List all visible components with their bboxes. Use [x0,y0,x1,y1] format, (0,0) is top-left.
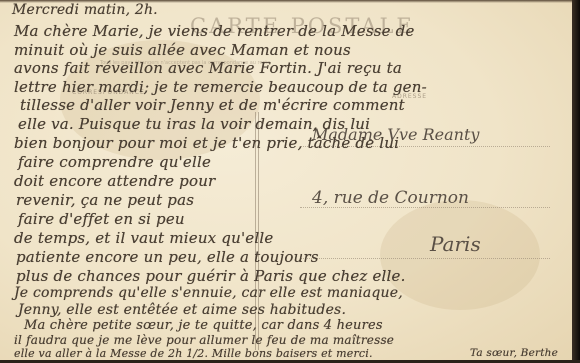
message-line: minuit où je suis allée avec Maman et no… [14,41,351,59]
message-line: plus de chances pour guérir à Paris que … [16,267,406,285]
address-line [300,258,550,259]
message-line: doit encore attendre pour [14,172,215,190]
message-line: faire d'effet en si peu [18,210,185,228]
recipient-street: 4, rue de Cournon [312,188,469,208]
message-line: avons fait réveillon avec Marie Fortin. … [14,59,402,77]
card-edge [572,0,580,363]
message-line: bien bonjour pour moi et je t'en prie, t… [14,134,399,152]
message-line: il faudra que je me lève pour allumer le… [14,333,394,347]
message-line: Mercredi matin, 2h. [12,2,158,18]
message-line: elle va. Puisque tu iras la voir demain,… [18,115,370,133]
signature: Ta sœur, Berthe [470,347,558,359]
postcard: CARTE POSTALE Tous les pays étrangers n'… [0,0,572,360]
message-line: tillesse d'aller voir Jenny et de m'écri… [20,96,405,114]
message-line: revenir, ça ne peut pas [16,191,194,209]
message-line: patiente encore un peu, elle a toujours [16,248,319,266]
message-line: elle va aller à la Messe de 2h 1/2. Mill… [14,347,373,360]
message-line: Jenny, elle est entêtée et aime ses habi… [18,302,346,318]
message-line: faire comprendre qu'elle [18,153,211,171]
recipient-city: Paris [430,232,481,256]
message-line: lettre hier mardi; je te remercie beauco… [14,78,427,96]
message-line: Ma chère petite sœur, je te quitte, car … [24,318,383,333]
message-line: Je comprends qu'elle s'ennuie, car elle … [14,285,403,301]
message-line: Ma chère Marie, je viens de rentrer de l… [14,22,415,40]
message-line: de temps, et il vaut mieux qu'elle [14,229,273,247]
